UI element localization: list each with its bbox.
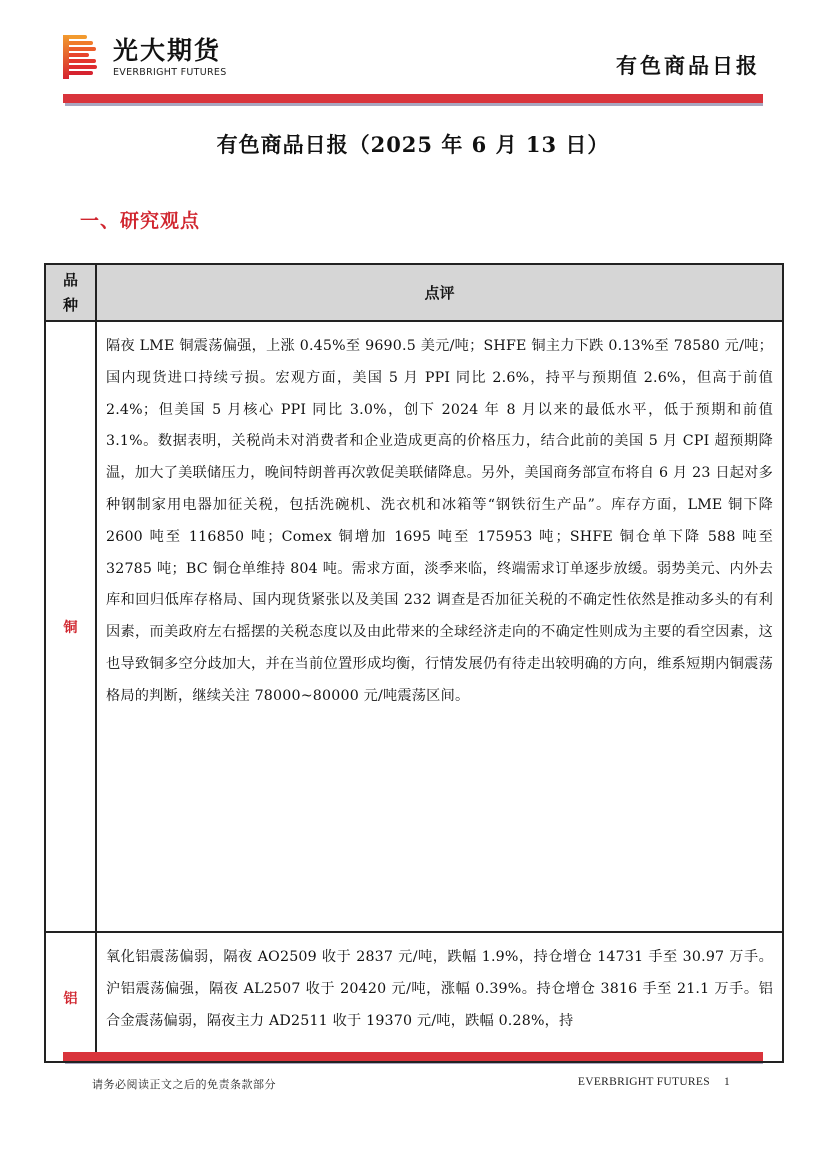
- disclaimer-note: 请务必阅读正文之后的免责条款部分: [92, 1076, 276, 1092]
- section-heading: 一、研究观点: [80, 206, 200, 233]
- variety-label: 铜: [64, 617, 78, 637]
- research-table: 品 种 点评 铜 隔夜 LME 铜震荡偏强，上涨 0.45%至 9690.5 美…: [44, 263, 784, 1063]
- table-row-aluminum: 铝 氧化铝震荡偏弱，隔夜 AO2509 收于 2837 元/吨，跌幅 1.9%，…: [46, 933, 782, 1063]
- variety-header-line2: 种: [63, 293, 78, 318]
- page-number: 1: [724, 1076, 730, 1088]
- everbright-logo-icon: [63, 35, 97, 79]
- table-row-copper: 铜 隔夜 LME 铜震荡偏强，上涨 0.45%至 9690.5 美元/吨；SHF…: [46, 322, 782, 933]
- commentary-text: 隔夜 LME 铜震荡偏强，上涨 0.45%至 9690.5 美元/吨；SHFE …: [106, 322, 773, 720]
- footer-brand-name: EVERBRIGHT FUTURES: [578, 1076, 710, 1088]
- footer-brand: EVERBRIGHT FUTURES1: [578, 1076, 730, 1088]
- report-series-name: 有色商品日报: [616, 50, 760, 80]
- document-title: 有色商品日报（2025 年 6 月 13 日）: [0, 129, 826, 159]
- logo-chinese-name: 光大期货: [113, 37, 227, 65]
- commentary-text: 氧化铝震荡偏弱，隔夜 AO2509 收于 2837 元/吨，跌幅 1.9%，持仓…: [106, 933, 773, 1044]
- company-logo: 光大期货 EVERBRIGHT FUTURES: [63, 35, 227, 79]
- table-bottom-border: [44, 1061, 784, 1063]
- comment-header: 点评: [97, 265, 782, 320]
- variety-header-line1: 品: [63, 268, 78, 293]
- header-divider: [63, 94, 763, 104]
- table-header-row: 品 种 点评: [46, 265, 782, 322]
- variety-header: 品 种: [46, 265, 97, 320]
- variety-label: 铝: [64, 988, 78, 1008]
- logo-english-name: EVERBRIGHT FUTURES: [113, 67, 227, 78]
